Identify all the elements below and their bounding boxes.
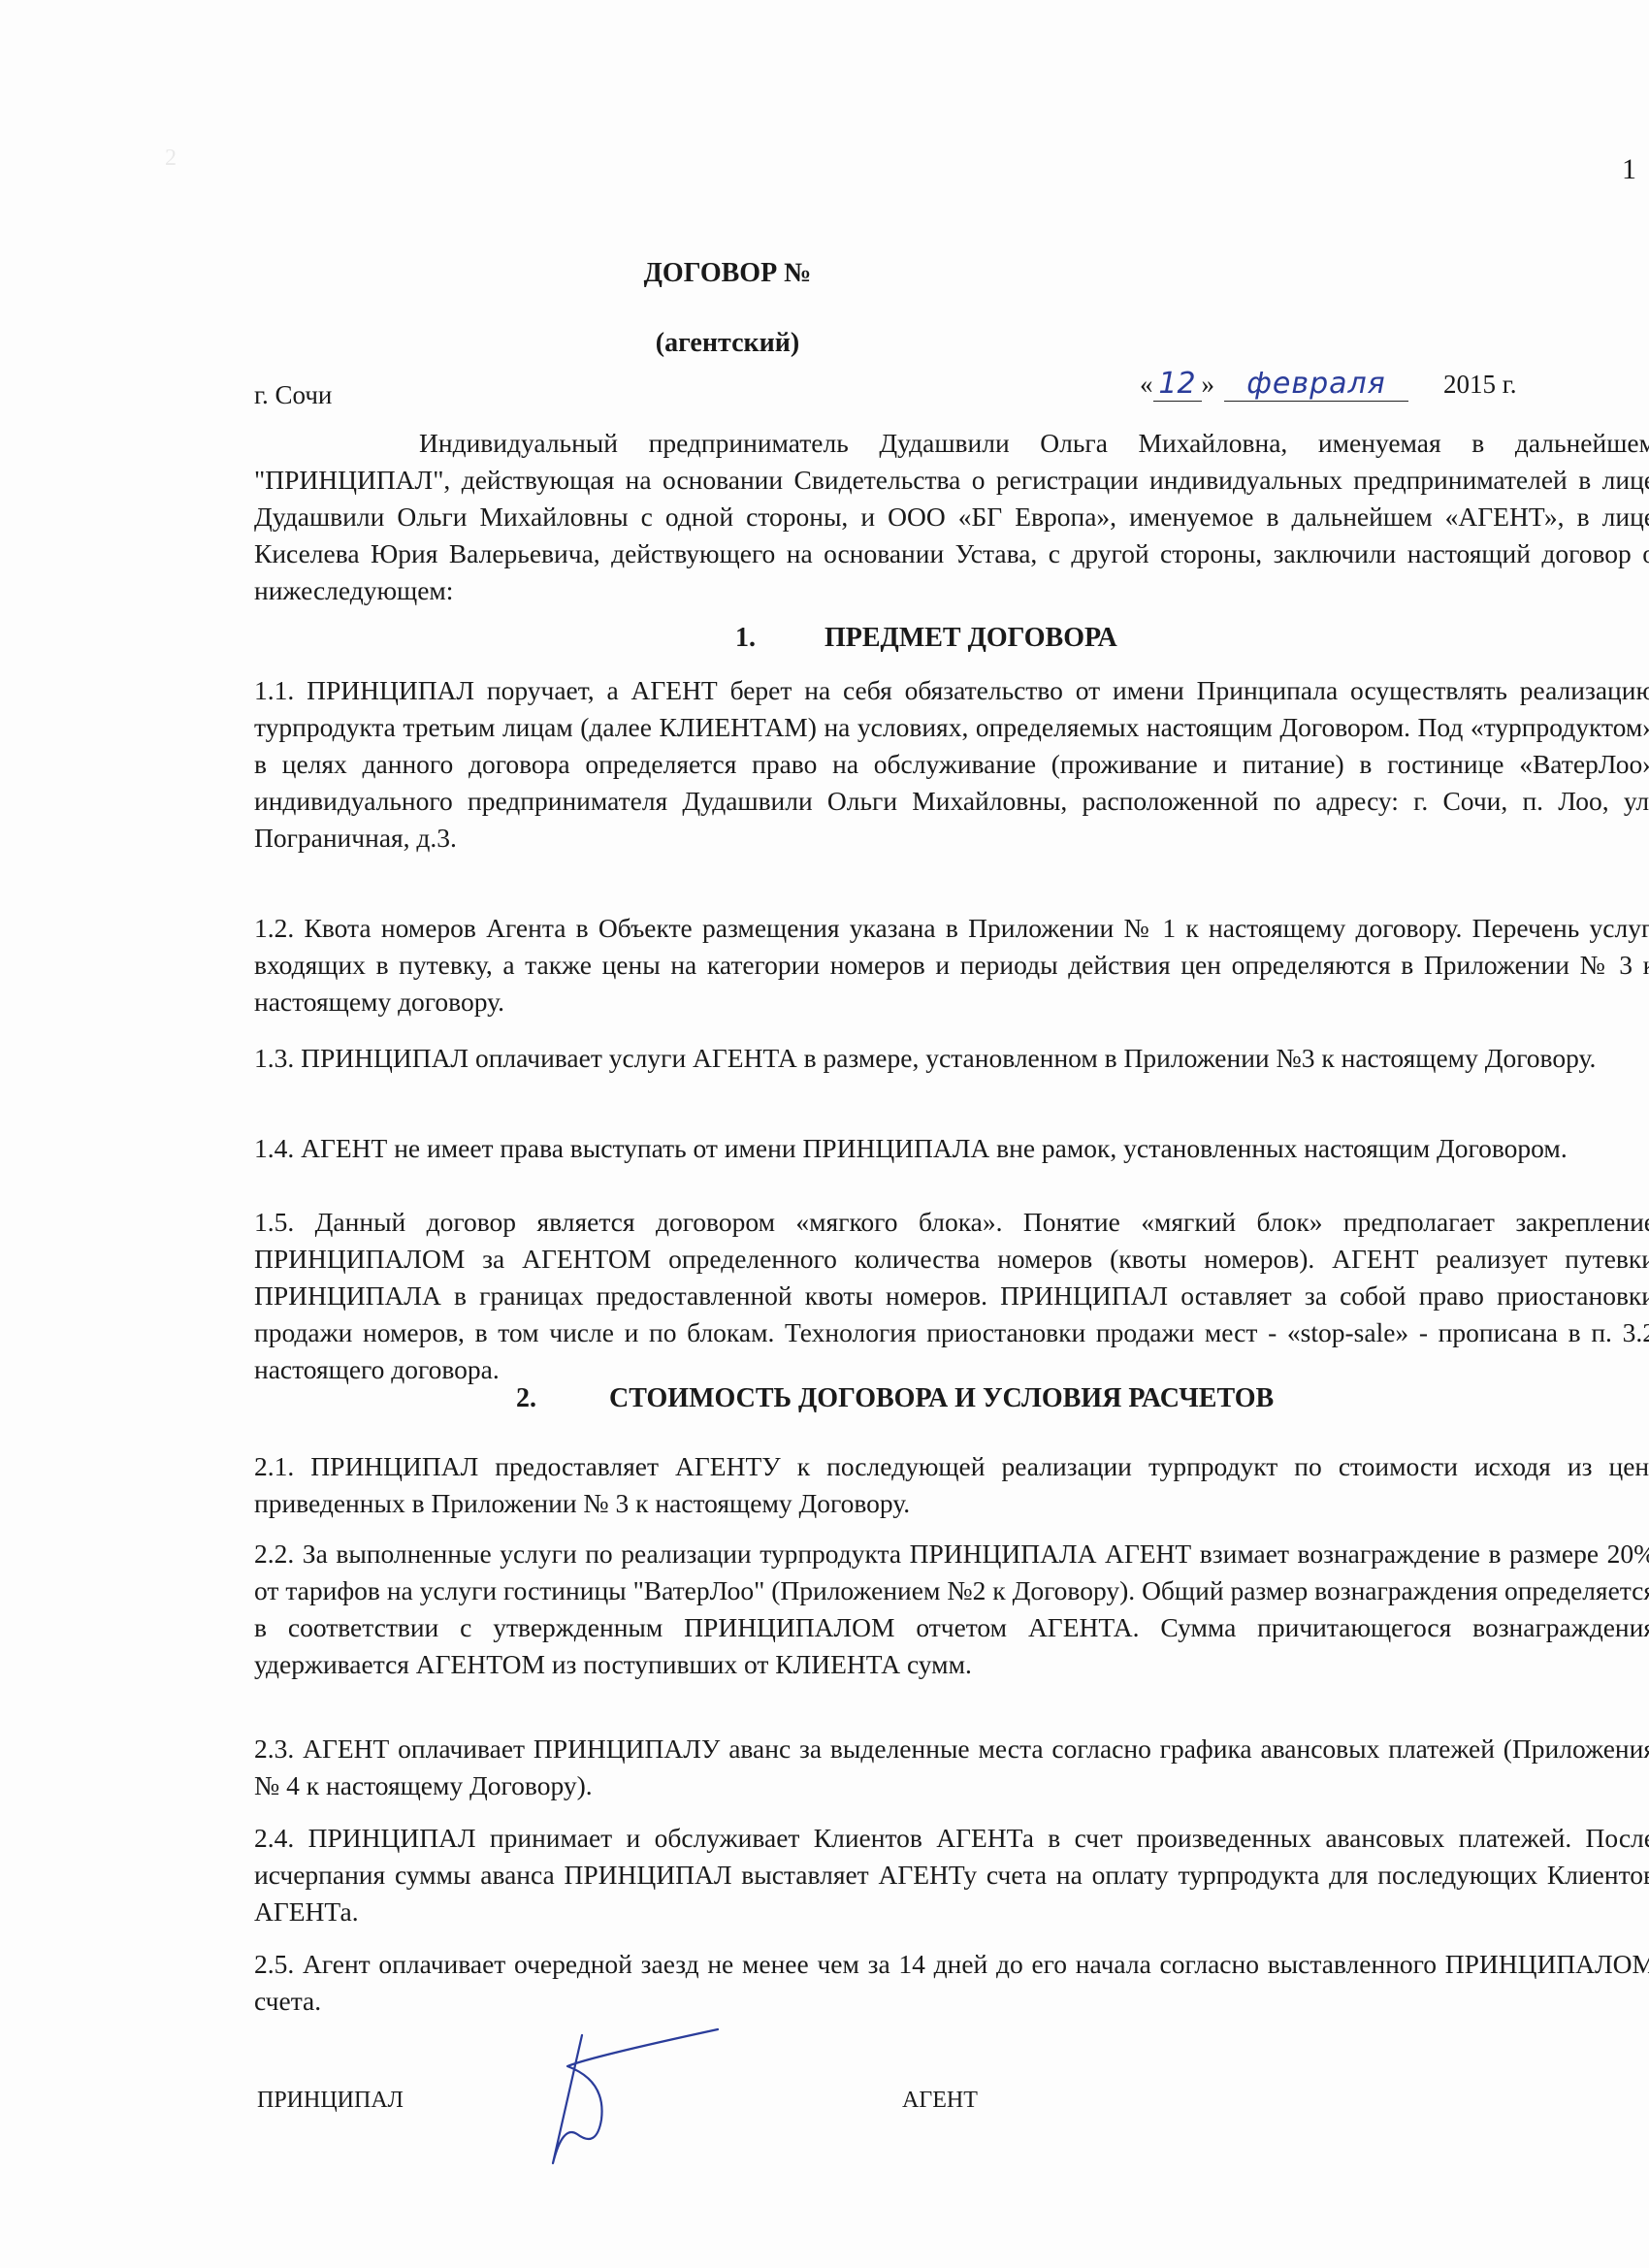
document-title: ДОГОВОР №	[0, 258, 1455, 289]
clause-2-1: 2.1. ПРИНЦИПАЛ предоставляет АГЕНТУ к по…	[254, 1448, 1649, 1522]
contract-date: «12»февраля2015 г.	[1140, 367, 1517, 402]
date-month-handwritten: февраля	[1224, 367, 1408, 402]
clause-1-1: 1.1. ПРИНЦИПАЛ поручает, а АГЕНТ берет н…	[254, 672, 1649, 857]
clause-text: 1.2. Квота номеров Агента в Объекте разм…	[254, 910, 1649, 1021]
clause-text: 2.5. Агент оплачивает очередной заезд не…	[254, 1946, 1649, 2020]
clause-2-2: 2.2. За выполненные услуги по реализации…	[254, 1536, 1649, 1683]
clause-1-2: 1.2. Квота номеров Агента в Объекте разм…	[254, 910, 1649, 1021]
clause-1-4: 1.4. АГЕНТ не имеет права выступать от и…	[254, 1130, 1649, 1167]
preamble-text: Индивидуальный предприниматель Дудашвили…	[254, 425, 1649, 609]
principal-signature-label: ПРИНЦИПАЛ	[257, 2088, 404, 2114]
date-close-quote: »	[1202, 370, 1215, 399]
city-label: г. Сочи	[254, 380, 332, 410]
section-2-number: 2.	[516, 1383, 536, 1414]
bleed-through-text: 2	[165, 146, 177, 172]
clause-2-4: 2.4. ПРИНЦИПАЛ принимает и обслуживает К…	[254, 1820, 1649, 1930]
clause-text: 1.1. ПРИНЦИПАЛ поручает, а АГЕНТ берет н…	[254, 672, 1649, 857]
clause-text: 2.1. ПРИНЦИПАЛ предоставляет АГЕНТУ к по…	[254, 1448, 1649, 1522]
clause-1-5: 1.5. Данный договор является договором «…	[254, 1204, 1649, 1388]
principal-handwritten-signature-icon	[524, 2027, 776, 2173]
clause-text: 2.3. АГЕНТ оплачивает ПРИНЦИПАЛУ аванс з…	[254, 1731, 1649, 1804]
section-1-number: 1.	[735, 623, 756, 654]
date-open-quote: «	[1140, 370, 1153, 399]
section-2-title: СТОИМОСТЬ ДОГОВОРА И УСЛОВИЯ РАСЧЕТОВ	[609, 1383, 1274, 1414]
page-number: 1	[1622, 153, 1636, 186]
clause-text: 1.3. ПРИНЦИПАЛ оплачивает услуги АГЕНТА …	[254, 1040, 1649, 1077]
clause-2-3: 2.3. АГЕНТ оплачивает ПРИНЦИПАЛУ аванс з…	[254, 1731, 1649, 1804]
clause-text: 1.5. Данный договор является договором «…	[254, 1204, 1649, 1388]
date-day-handwritten: 12	[1153, 367, 1202, 402]
date-year: 2015 г.	[1443, 370, 1517, 399]
agent-signature-label: АГЕНТ	[902, 2088, 978, 2114]
scanned-contract-page: 2 1 ДОГОВОР № (агентский) г. Сочи «12»фе…	[0, 0, 1649, 2268]
clause-1-3: 1.3. ПРИНЦИПАЛ оплачивает услуги АГЕНТА …	[254, 1040, 1649, 1077]
clause-2-5: 2.5. Агент оплачивает очередной заезд не…	[254, 1946, 1649, 2020]
section-1-title: ПРЕДМЕТ ДОГОВОРА	[824, 623, 1117, 654]
preamble: Индивидуальный предприниматель Дудашвили…	[254, 425, 1649, 609]
clause-text: 2.4. ПРИНЦИПАЛ принимает и обслуживает К…	[254, 1820, 1649, 1930]
clause-text: 1.4. АГЕНТ не имеет права выступать от и…	[254, 1130, 1649, 1167]
document-subtitle: (агентский)	[0, 328, 1455, 359]
clause-text: 2.2. За выполненные услуги по реализации…	[254, 1536, 1649, 1683]
